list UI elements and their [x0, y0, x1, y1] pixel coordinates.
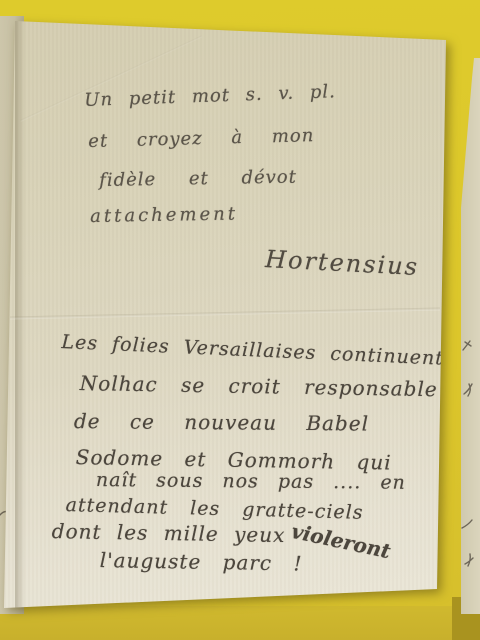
handwriting-line: l'auguste parc !	[100, 548, 303, 576]
signature: Hortensius	[265, 245, 420, 281]
handwriting-line: et croyez à mon	[88, 125, 315, 152]
inserted-word: violeront	[289, 519, 392, 563]
handwriting-line: dont les mille yeuxvioleront	[52, 519, 387, 549]
letter-photo: Un petit mot s. v. pl. et croyez à mon f…	[0, 0, 480, 640]
handwriting-line: de ce nouveau Babel	[74, 409, 369, 436]
handwriting-line: Les folies Versaillaises continuent.	[61, 331, 451, 370]
handwriting-text: dont les mille yeux	[52, 519, 286, 547]
handwriting-line: attachement	[90, 203, 238, 227]
letter-sheet: Un petit mot s. v. pl. et croyez à mon f…	[0, 0, 480, 640]
handwriting-line: naît sous nos pas .... en	[96, 469, 406, 494]
handwriting-line: fidèle et dévot	[99, 167, 297, 191]
handwriting-line: Nolhac se croit responsable	[80, 371, 438, 401]
fold-crease-horizontal	[10, 307, 440, 319]
fold-crease-vertical	[15, 20, 25, 610]
handwriting-line: Un petit mot s. v. pl.	[84, 81, 336, 111]
